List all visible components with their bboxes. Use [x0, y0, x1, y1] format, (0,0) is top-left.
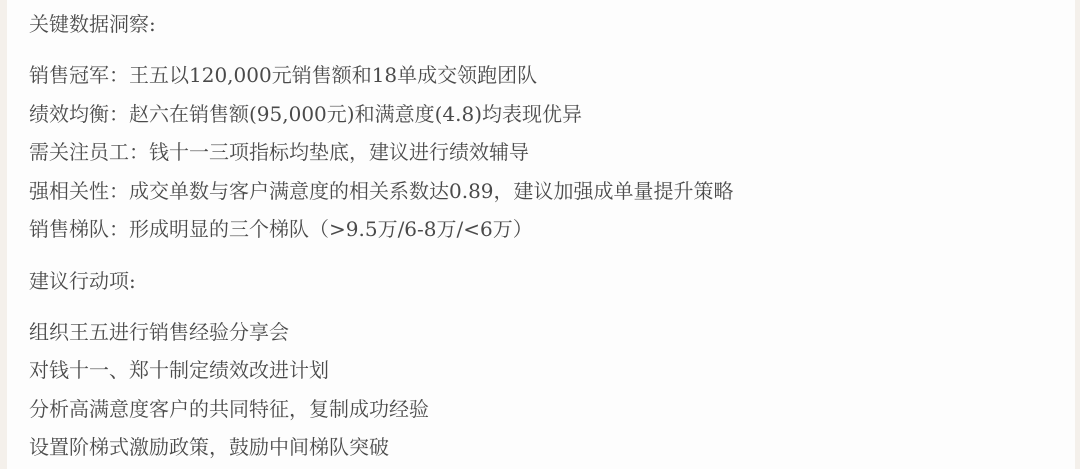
document-panel: 关键数据洞察: 销售冠军：王五以120,000元销售额和18单成交领跑团队 绩效… — [7, 0, 1075, 469]
document-content: 关键数据洞察: 销售冠军：王五以120,000元销售额和18单成交领跑团队 绩效… — [29, 0, 1075, 467]
action-item: 设置阶梯式激励政策，鼓励中间梯队突破 — [29, 428, 1075, 467]
insight-item: 强相关性：成交单数与客户满意度的相关系数达0.89，建议加强成单量提升策略 — [29, 172, 1075, 211]
actions-heading: 建议行动项: — [29, 262, 1075, 300]
insights-list: 销售冠军：王五以120,000元销售额和18单成交领跑团队 绩效均衡：赵六在销售… — [29, 56, 1075, 249]
section-spacer — [29, 249, 1075, 262]
insight-item: 绩效均衡：赵六在销售额(95,000元)和满意度(4.8)均表现优异 — [29, 95, 1075, 134]
insights-heading: 关键数据洞察: — [29, 5, 1075, 43]
insight-item: 销售梯队：形成明显的三个梯队（>9.5万/6-8万/<6万） — [29, 210, 1075, 249]
section-spacer — [29, 43, 1075, 56]
section-spacer — [29, 300, 1075, 313]
actions-list: 组织王五进行销售经验分享会 对钱十一、郑十制定绩效改进计划 分析高满意度客户的共… — [29, 313, 1075, 467]
action-item: 对钱十一、郑十制定绩效改进计划 — [29, 351, 1075, 390]
action-item: 组织王五进行销售经验分享会 — [29, 313, 1075, 352]
insight-item: 销售冠军：王五以120,000元销售额和18单成交领跑团队 — [29, 56, 1075, 95]
insight-item: 需关注员工：钱十一三项指标均垫底，建议进行绩效辅导 — [29, 133, 1075, 172]
action-item: 分析高满意度客户的共同特征，复制成功经验 — [29, 390, 1075, 429]
